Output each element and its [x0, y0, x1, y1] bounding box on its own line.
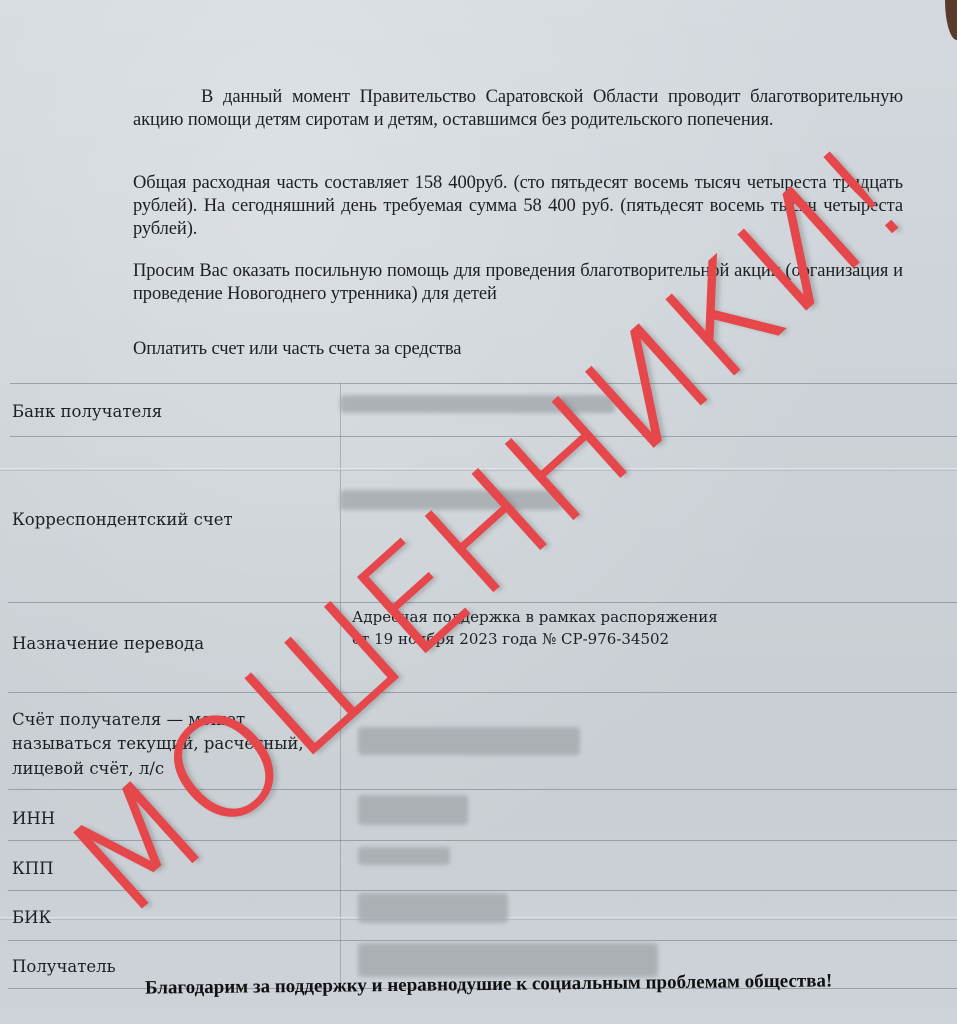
- redacted-value: [358, 727, 580, 755]
- footer-thanks: Благодарим за поддержку и неравнодушие к…: [145, 970, 832, 999]
- paper-corner: [945, 0, 957, 40]
- label-correspondent-account: Корреспондентский счет: [12, 508, 233, 532]
- redacted-value: [358, 795, 468, 825]
- redacted-value: [358, 893, 508, 923]
- intro-paragraph-1: В данный момент Правительство Саратовско…: [133, 86, 903, 132]
- document-paper: В данный момент Правительство Саратовско…: [0, 0, 957, 1024]
- redacted-value: [358, 847, 450, 865]
- label-bik: БИК: [12, 906, 51, 930]
- label-kpp: КПП: [12, 857, 54, 881]
- label-bank: Банк получателя: [12, 400, 162, 424]
- label-purpose: Назначение перевода: [12, 632, 204, 656]
- table-divider: [8, 692, 957, 693]
- label-recipient: Получатель: [12, 955, 116, 979]
- table-divider: [10, 383, 957, 384]
